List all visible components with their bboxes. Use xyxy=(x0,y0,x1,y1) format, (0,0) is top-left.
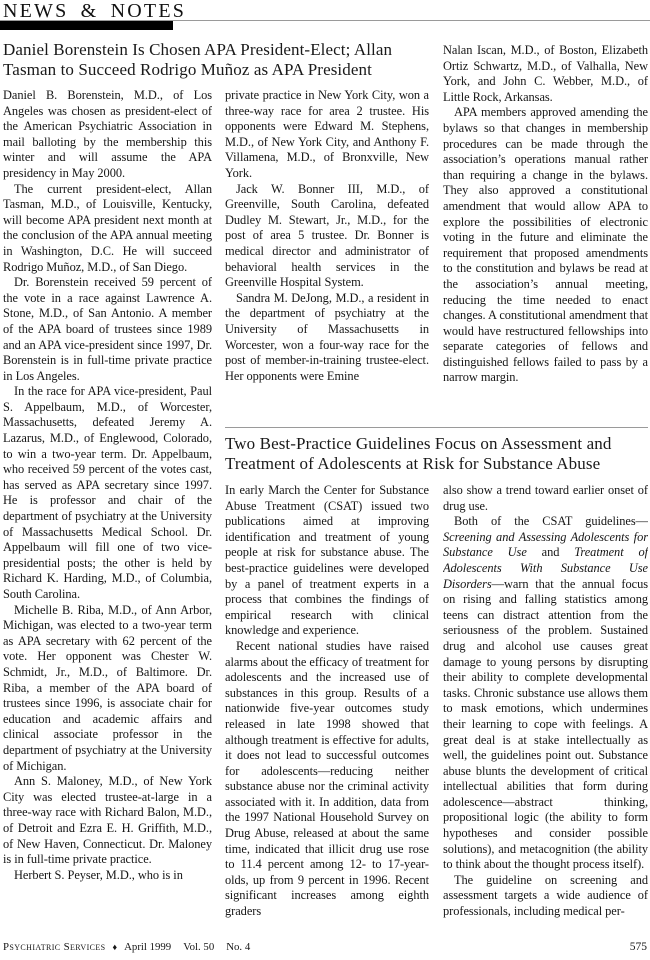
article1-column-3: Nalan Iscan, M.D., of Boston, Elizabeth … xyxy=(443,43,648,405)
issue-date: April 1999 xyxy=(124,941,171,953)
page-number: 575 xyxy=(630,941,647,953)
page-footer: Psychiatric Services ♦ April 1999 Vol. 5… xyxy=(3,941,647,953)
paragraph: Herbert S. Peyser, M.D., who is in xyxy=(3,868,212,884)
paragraph: The guideline on screening and assessmen… xyxy=(443,873,648,920)
article2-divider-rule xyxy=(225,427,648,428)
journal-name: Psychiatric Services xyxy=(3,941,106,953)
article1-column-2: private practice in New York City, won a… xyxy=(225,88,429,418)
paragraph: private practice in New York City, won a… xyxy=(225,88,429,182)
paragraph: Michelle B. Riba, M.D., of Ann Arbor, Mi… xyxy=(3,603,212,775)
issue-number: No. 4 xyxy=(226,941,250,953)
paragraph: also show a trend toward earlier onset o… xyxy=(443,483,648,514)
paragraph: Dr. Borenstein received 59 percent of th… xyxy=(3,275,212,384)
masthead-bar xyxy=(0,21,173,30)
article2-title: Two Best-Practice Guidelines Focus on As… xyxy=(225,434,650,473)
paragraph: Jack W. Bonner III, M.D., of Greenville,… xyxy=(225,182,429,291)
paragraph: Recent national studies have raised alar… xyxy=(225,639,429,920)
diamond-icon: ♦ xyxy=(113,942,118,952)
paragraph: Daniel B. Borenstein, M.D., of Los Angel… xyxy=(3,88,212,182)
paragraph: Sandra M. DeJong, M.D., a resident in th… xyxy=(225,291,429,385)
article1-title: Daniel Borenstein Is Chosen APA Presiden… xyxy=(3,40,431,79)
journal-info-line: Psychiatric Services ♦ April 1999 Vol. 5… xyxy=(3,941,250,953)
article2-column-2: also show a trend toward earlier onset o… xyxy=(443,483,648,936)
article2-column-1: In early March the Center for Substance … xyxy=(225,483,429,936)
paragraph: Ann S. Maloney, M.D., of New York City w… xyxy=(3,774,212,868)
paragraph: Both of the CSAT guidelines—Screening an… xyxy=(443,514,648,873)
paragraph: Nalan Iscan, M.D., of Boston, Elizabeth … xyxy=(443,43,648,105)
article1-column-1: Daniel B. Borenstein, M.D., of Los Angel… xyxy=(3,88,212,938)
issue-volume: Vol. 50 xyxy=(183,941,214,953)
paragraph: The current president-elect, Allan Tasma… xyxy=(3,182,212,276)
paragraph: In early March the Center for Substance … xyxy=(225,483,429,639)
paragraph: In the race for APA vice-president, Paul… xyxy=(3,384,212,602)
journal-page: NEWS & NOTES Daniel Borenstein Is Chosen… xyxy=(0,0,650,960)
paragraph: APA members approved amending the bylaws… xyxy=(443,105,648,386)
